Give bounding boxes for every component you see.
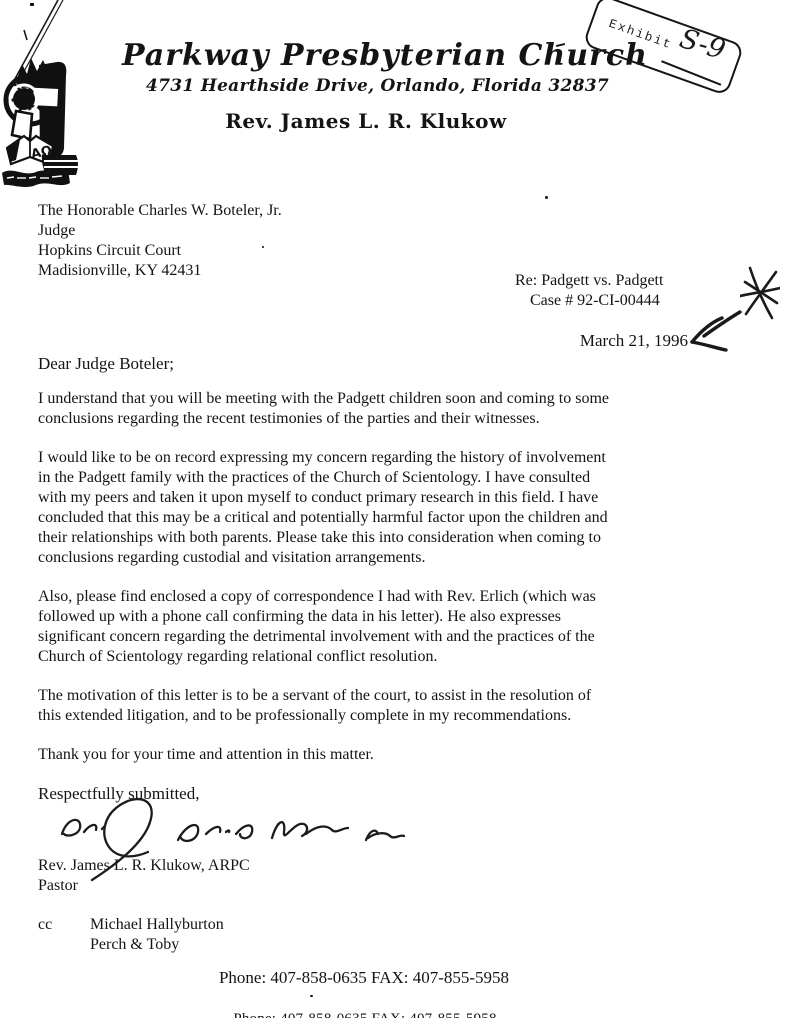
recipient-address-block: The Honorable Charles W. Boteler, Jr.Jud… (38, 201, 282, 281)
scan-speck (545, 196, 548, 199)
body-paragraph-3: Also, please find enclosed a copy of cor… (38, 587, 703, 667)
exhibit-stamp-underline (661, 60, 721, 86)
church-crest-logo: ΑΩ (2, 56, 82, 192)
body-paragraph-4: The motivation of this letter is to be a… (38, 686, 703, 726)
letter-body: I understand that you will be meeting wi… (38, 389, 703, 784)
church-name: Parkway Presbyterian Church (105, 38, 665, 73)
clipped-bottom-line: Phone: 407-858-0635 FAX: 407-855-5958 (155, 1010, 575, 1018)
handwritten-signature (48, 782, 448, 894)
salutation: Dear Judge Boteler; (38, 354, 174, 374)
body-paragraph-5: Thank you for your time and attention in… (38, 745, 703, 765)
cc-names: Michael HallyburtonPerch & Toby (90, 915, 224, 955)
typed-signature-name: Rev. James L. R. Klukow, ARPC (38, 856, 250, 876)
exhibit-stamp-label: Exhibit (607, 17, 674, 53)
cc-label: cc (38, 915, 52, 935)
reference-case-number: Case # 92-CI-00444 (530, 291, 663, 311)
letterhead-pastor-name: Rev. James L. R. Klukow (105, 109, 627, 133)
body-paragraph-2: I would like to be on record expressing … (38, 448, 703, 568)
church-address: 4731 Hearthside Drive, Orlando, Florida … (105, 76, 650, 96)
typed-signature-title: Pastor (38, 876, 78, 896)
scan-speck (310, 995, 313, 997)
scanned-letter-page: ΑΩ Parkway Presbyterian Church 4731 Hear… (0, 0, 787, 1019)
phone-fax-line: Phone: 407-858-0635 FAX: 407-855-5958 (0, 968, 728, 988)
date-line: March 21, 1996 (500, 331, 688, 351)
handwritten-asterisk-mark (740, 266, 780, 320)
handwritten-arrow (688, 308, 744, 352)
exhibit-stamp-number: S-9 (676, 23, 729, 66)
reference-block: Re: Padgett vs. Padgett Case # 92-CI-004… (515, 271, 663, 311)
body-paragraph-1: I understand that you will be meeting wi… (38, 389, 703, 429)
reference-case-name: Re: Padgett vs. Padgett (515, 271, 663, 291)
